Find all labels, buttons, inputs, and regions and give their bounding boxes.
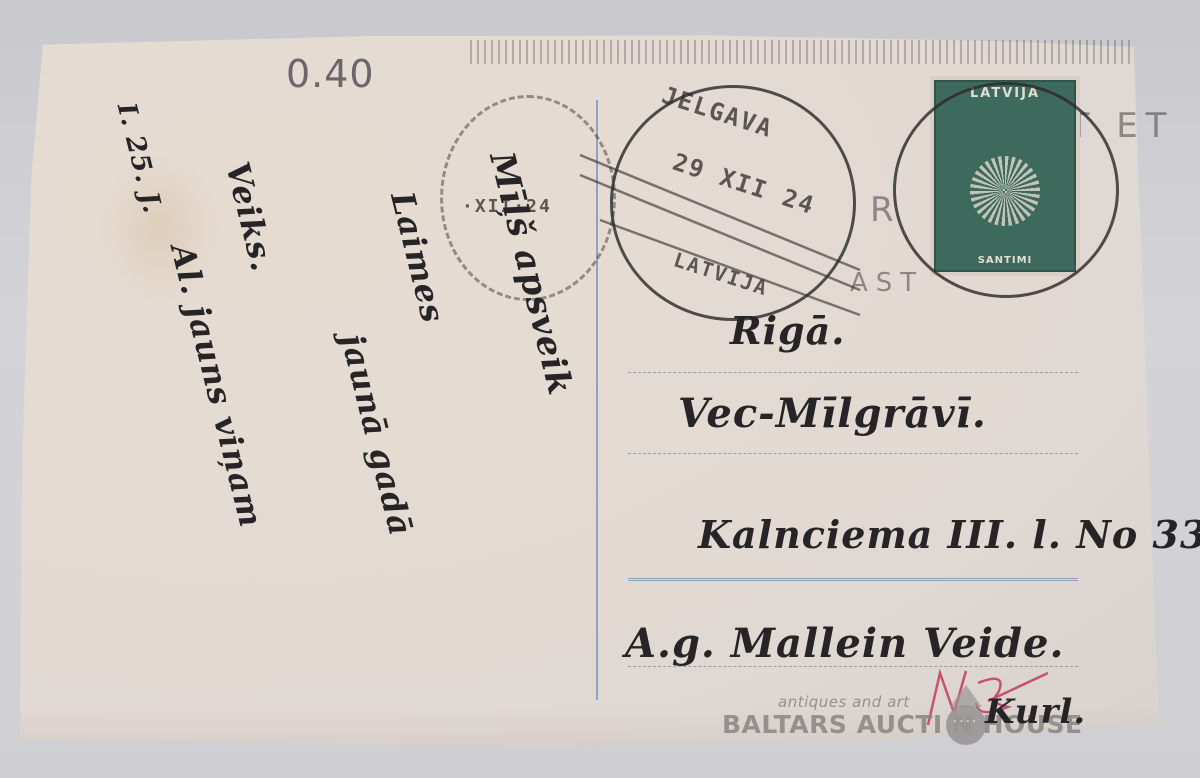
watermark-crown-icon — [950, 685, 982, 707]
machine-cancel-bars — [470, 40, 1130, 64]
address-guide-line — [628, 453, 1078, 454]
watermark-logo-icon — [946, 705, 986, 745]
watermark-tagline: antiques and art — [778, 693, 910, 711]
address-city: Rigā. — [730, 308, 845, 353]
address-guide-line — [628, 372, 1078, 373]
bottom-signature: Kurl. — [985, 692, 1086, 732]
address-guide-line — [628, 578, 1078, 581]
address-recipient: A.g. Mallein Veide. — [625, 620, 1064, 667]
stamp-postmark-circle — [893, 82, 1119, 298]
pencil-price: 0.40 — [286, 52, 375, 96]
address-street: Kalnciema III. l. No 33 — [698, 512, 1200, 557]
address-district: Vec-Mīlgrāvī. — [678, 390, 987, 437]
